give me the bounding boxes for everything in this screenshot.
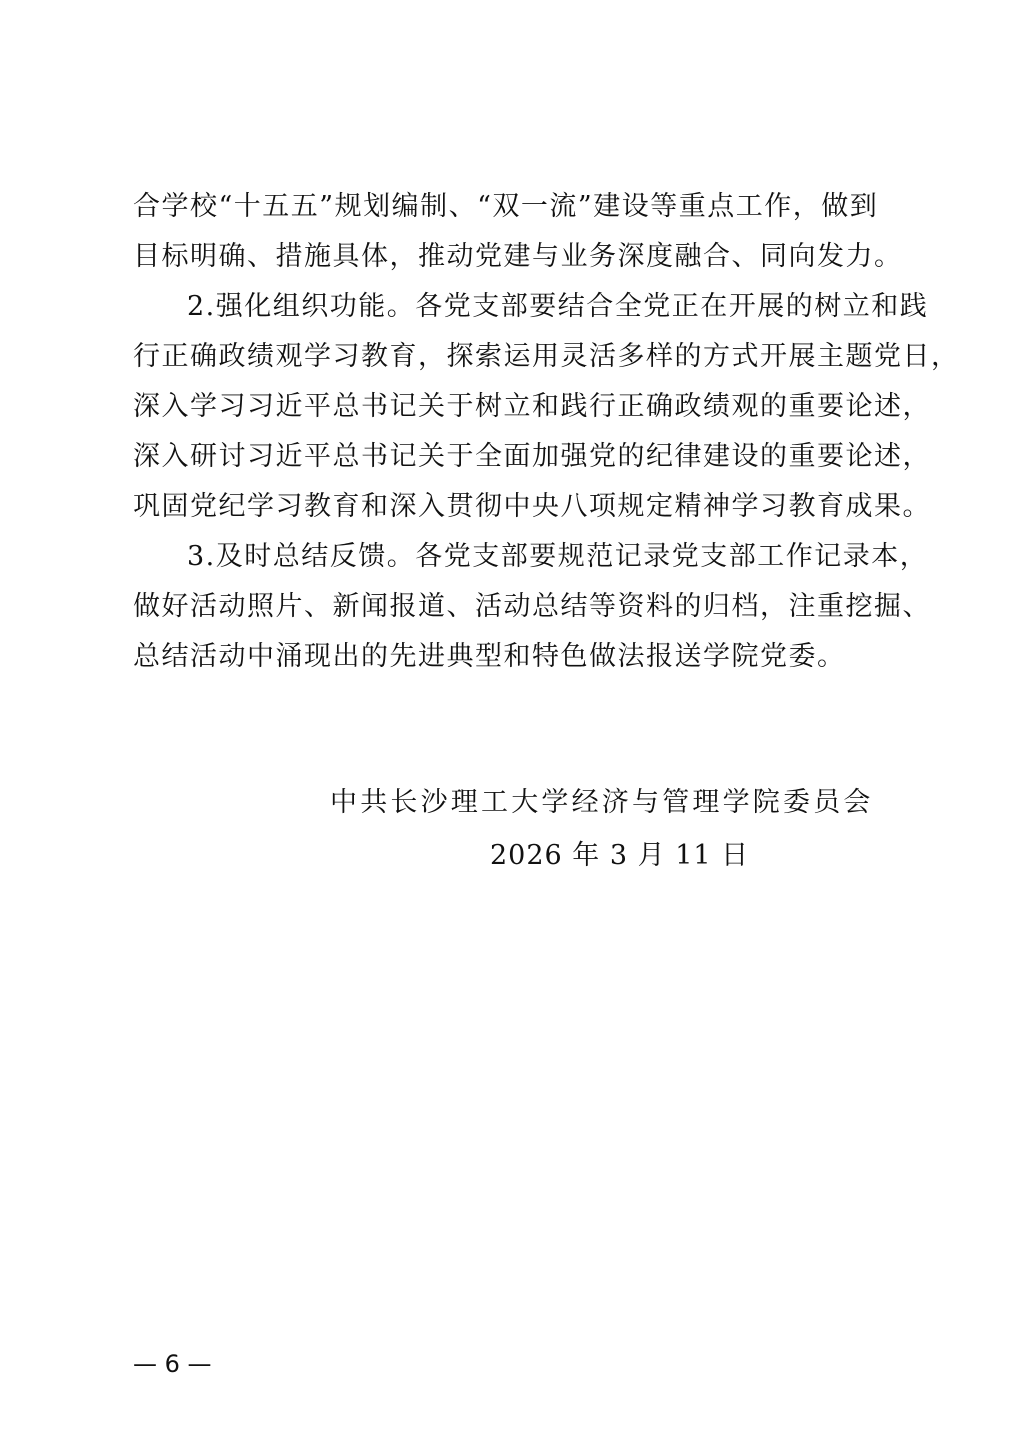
body-text-line: 目标明确、措施具体，推动党建与业务深度融合、同向发力。 <box>133 237 903 277</box>
item-3-number: 3. <box>187 541 216 572</box>
body-text-line: 合学校“十五五”规划编制、“双一流”建设等重点工作，做到 <box>133 187 903 227</box>
signature-organization: 中共长沙理工大学经济与管理学院委员会 <box>330 783 874 823</box>
body-text-line: 深入学习习近平总书记关于树立和践行正确政绩观的重要论述， <box>133 387 903 427</box>
page-number: — 6 — <box>133 1348 212 1380</box>
body-text-line: 行正确政绩观学习教育，探索运用灵活多样的方式开展主题党日， <box>133 337 903 377</box>
item-3-first-line: 3.及时总结反馈。各党支部要规范记录党支部工作记录本， <box>187 537 903 577</box>
item-2-text: 各党支部要结合全党正在开展的树立和践 <box>415 291 928 322</box>
body-text-line: 巩固党纪学习教育和深入贯彻中央八项规定精神学习教育成果。 <box>133 487 903 527</box>
item-3-title: 及时总结反馈。 <box>216 541 416 572</box>
item-2-first-line: 2.强化组织功能。各党支部要结合全党正在开展的树立和践 <box>187 287 903 327</box>
body-text-line: 总结活动中涌现出的先进典型和特色做法报送学院党委。 <box>133 637 903 677</box>
body-text-line: 深入研讨习近平总书记关于全面加强党的纪律建设的重要论述， <box>133 437 903 477</box>
signature-date: 2026 年 3 月 11 日 <box>490 836 749 876</box>
item-3-text: 各党支部要规范记录党支部工作记录本， <box>415 541 928 572</box>
item-2-title: 强化组织功能。 <box>216 291 416 322</box>
item-2-number: 2. <box>187 291 216 322</box>
body-text-line: 做好活动照片、新闻报道、活动总结等资料的归档，注重挖掘、 <box>133 587 903 627</box>
